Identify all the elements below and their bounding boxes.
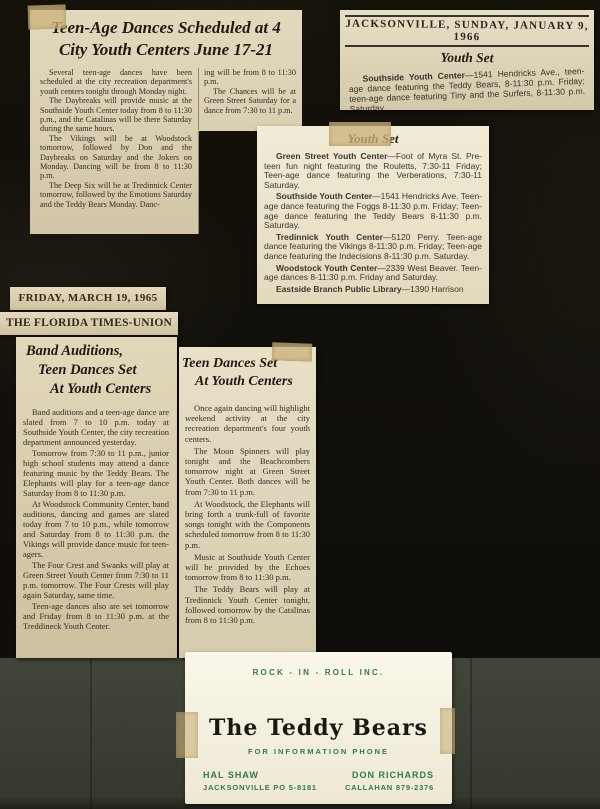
clipping-jacksonville-youth-set: JACKSONVILLE, SUNDAY, JANUARY 9, 1966 Yo… <box>340 10 594 110</box>
article-paragraph: The Moon Spinners will play tonight and … <box>185 446 310 497</box>
headline-line: At Youth Centers <box>179 373 316 391</box>
card-band-name: The Teddy Bears <box>185 715 452 741</box>
venue-name: Woodstock Youth Center <box>276 263 377 273</box>
listing-entry: Southside Youth Center—1541 Hendricks Av… <box>348 66 585 110</box>
article-paragraph: ing will be from 8 to 11:30 p.m. <box>204 68 296 87</box>
clipping-dateline-strip: FRIDAY, MARCH 19, 1965 <box>10 287 166 310</box>
headline-line: City Youth Centers June 17-21 <box>30 39 302 61</box>
article-column-left: Several teen-age dances have been schedu… <box>40 68 192 209</box>
contact-name: HAL SHAW <box>203 770 317 780</box>
contact-phone: CALLAHAN 879-2376 <box>345 783 434 792</box>
tape-card-left <box>176 712 198 758</box>
article-paragraph: At Woodstock Community Center, band audi… <box>23 499 169 559</box>
venue-name: Tredinnick Youth Center <box>276 232 383 242</box>
section-title: Youth Set <box>340 49 594 67</box>
clipping-headline: Teen-Age Dances Scheduled at 4 City Yout… <box>30 10 302 61</box>
listing-entry: Woodstock Youth Center—2339 West Beaver.… <box>264 264 482 283</box>
clipping-band-auditions: Band Auditions, Teen Dances Set At Youth… <box>16 337 177 658</box>
newspaper-dateline: JACKSONVILLE, SUNDAY, JANUARY 9, 1966 <box>340 16 594 47</box>
column-rule <box>198 68 199 130</box>
listing-entry: Green Street Youth Center—Foot of Myra S… <box>264 152 482 190</box>
headline-line: Band Auditions, <box>16 342 177 361</box>
tape-youth-set-clipping <box>329 122 391 146</box>
article-paragraph: The Teddy Bears will play at Tredinnick … <box>185 584 310 625</box>
clipping-headline: Band Auditions, Teen Dances Set At Youth… <box>16 337 177 399</box>
headline-line: Teen Dances Set <box>16 361 177 380</box>
article-paragraph: Several teen-age dances have been schedu… <box>40 68 192 96</box>
article-paragraph: Once again dancing will highlight weeken… <box>185 403 310 444</box>
business-card: ROCK - IN - ROLL INC. The Teddy Bears FO… <box>185 652 452 804</box>
listing-entries: Green Street Youth Center—Foot of Myra S… <box>264 152 482 296</box>
headline-line: Teen-Age Dances Scheduled at 4 <box>30 17 302 39</box>
article-paragraph: At Woodstock, the Elephants will bring f… <box>185 499 310 550</box>
article-paragraph: The Vikings will be at Woodstock tomorro… <box>40 134 192 181</box>
paper-crease <box>90 658 92 809</box>
venue-name: Southside Youth Center <box>276 191 372 201</box>
clipping-teen-dances-set: Teen Dances Set At Youth Centers Once ag… <box>179 347 316 658</box>
card-contact-right: DON RICHARDS CALLAHAN 879-2376 <box>345 770 434 792</box>
article-paragraph: Music at Southside Youth Center will be … <box>185 552 310 583</box>
article-paragraph: The Deep Six will be at Tredinnick Cente… <box>40 181 192 209</box>
card-contact-left: HAL SHAW JACKSONVILLE PO 5-8181 <box>203 770 317 792</box>
clipping-masthead-strip: THE FLORIDA TIMES-UNION <box>0 312 178 335</box>
article-paragraph: The Daybreaks will provide music at the … <box>40 96 192 134</box>
contact-phone: JACKSONVILLE PO 5-8181 <box>203 783 317 792</box>
paper-crease <box>470 658 472 809</box>
tape-teen-dances-clipping <box>272 342 313 361</box>
article-paragraph: The Chances will be at Green Street Satu… <box>204 87 296 115</box>
article-paragraph: Teen-age dances also are set tomorrow an… <box>23 601 169 631</box>
venue-name: Eastside Branch Public Library <box>276 284 402 294</box>
card-contacts: HAL SHAW JACKSONVILLE PO 5-8181 DON RICH… <box>203 770 434 792</box>
article-paragraph: The Four Crest and Swanks will play at G… <box>23 560 169 600</box>
tape-card-right <box>440 708 455 754</box>
contact-name: DON RICHARDS <box>345 770 434 780</box>
card-phone-label: FOR INFORMATION PHONE <box>185 747 452 756</box>
clipping-youth-set-listing: Youth Set Green Street Youth Center—Foot… <box>257 126 489 304</box>
listing-entry: Southside Youth Center—1541 Hendricks Av… <box>264 192 482 230</box>
tape-top-left-clipping <box>28 4 67 29</box>
article-body: Band auditions and a teen-age dance are … <box>23 407 169 632</box>
listing-entry: Tredinnick Youth Center—5120 Perry. Teen… <box>264 233 482 262</box>
article-body: Once again dancing will highlight weeken… <box>185 403 310 627</box>
article-paragraph: Tomorrow from 7:30 to 11 p.m., junior hi… <box>23 448 169 498</box>
article-paragraph: Band auditions and a teen-age dance are … <box>23 407 169 447</box>
listing-entry: Eastside Branch Public Library—1390 Harr… <box>264 285 482 295</box>
article-column-right: ing will be from 8 to 11:30 p.m. The Cha… <box>204 68 296 115</box>
card-company-name: ROCK - IN - ROLL INC. <box>185 668 452 677</box>
venue-name: Green Street Youth Center <box>276 151 387 161</box>
venue-details: —1390 Harrison <box>402 284 464 294</box>
headline-line: At Youth Centers <box>16 380 177 399</box>
